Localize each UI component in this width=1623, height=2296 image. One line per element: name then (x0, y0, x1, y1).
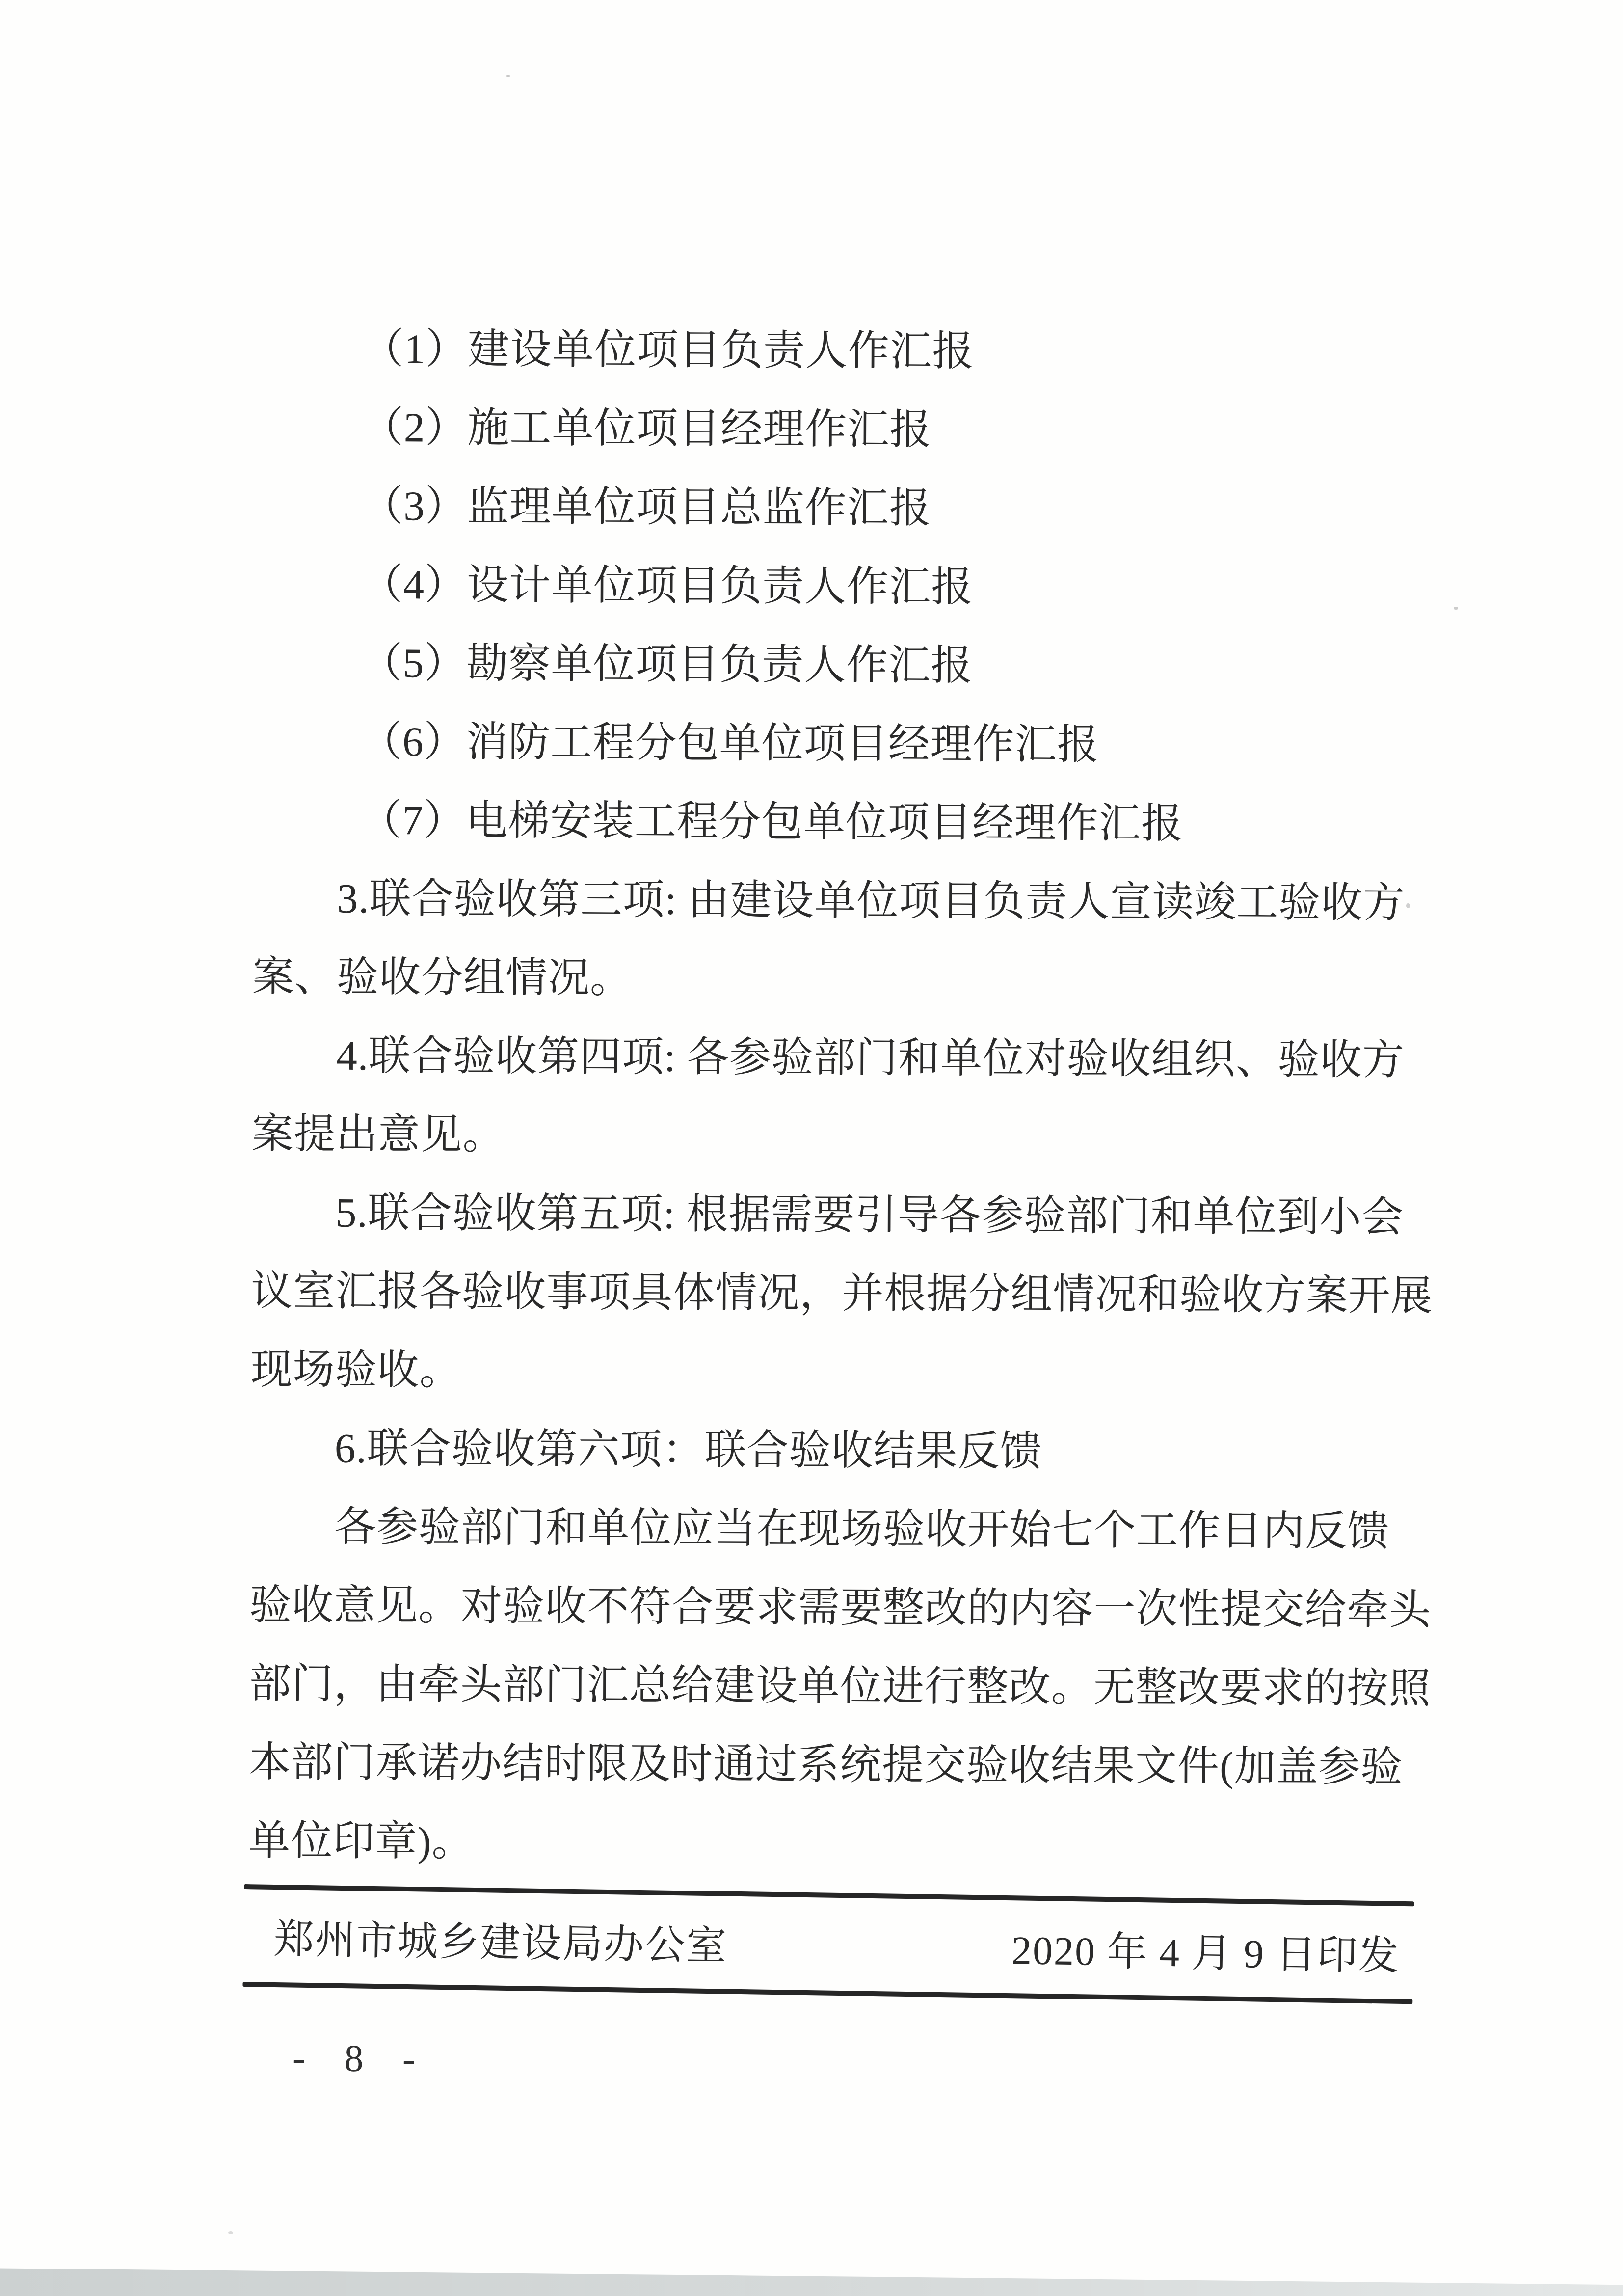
paragraph-7-line-1: 各参验部门和单位应当在现场验收开始七个工作日内反馈 (250, 1487, 1426, 1571)
paragraph-5-line-2: 议室汇报各验收事项具体情况，并根据分组情况和验收方案开展 (251, 1252, 1427, 1335)
paragraph-4-line-1: 4.联合验收第四项: 各参验部门和单位对验收组织、验收方 (252, 1016, 1428, 1100)
scan-speck (1406, 903, 1410, 908)
scan-speck (228, 2231, 233, 2234)
paragraph-5-line-1: 5.联合验收第五项: 根据需要引导各参验部门和单位到小会 (251, 1173, 1427, 1257)
paragraph-3-line-1: 3.联合验收第三项: 由建设单位项目负责人宣读竣工验收方 (252, 859, 1428, 943)
document-page: （1）建设单位项目负责人作汇报 （2）施工单位项目经理作汇报 （3）监理单位项目… (0, 0, 1623, 2296)
list-item-5: （5）勘察单位项目负责人作汇报 (254, 623, 1430, 707)
list-item-2: （2）施工单位项目经理作汇报 (255, 388, 1431, 471)
document-body: （1）建设单位项目负责人作汇报 （2）施工单位项目经理作汇报 （3）监理单位项目… (248, 309, 1431, 1885)
paragraph-7-line-4: 本部门承诺办结时限及时通过系统提交验收结果文件(加盖参验 (249, 1723, 1425, 1807)
paragraph-7-line-2: 验收意见。对验收不符合要求需要整改的内容一次性提交给牵头 (249, 1566, 1425, 1649)
paragraph-6-heading: 6.联合验收第六项：联合验收结果反馈 (250, 1409, 1426, 1492)
paragraph-5-line-3: 现场验收。 (250, 1330, 1426, 1414)
paragraph-7-line-5: 单位印章)。 (248, 1802, 1424, 1885)
scan-edge-shadow (0, 2267, 1623, 2296)
issuing-office: 郑州市城乡建设局办公室 (273, 1907, 728, 1972)
list-item-3: （3）监理单位项目总监作汇报 (254, 466, 1430, 550)
list-item-7: （7）电梯安装工程分包单位项目经理作汇报 (253, 781, 1429, 864)
print-date: 2020 年 4 月 9 日印发 (1011, 1918, 1400, 1981)
page-number: - 8 - (293, 2036, 426, 2081)
paragraph-7-line-3: 部门，由牵头部门汇总给建设单位进行整改。无整改要求的按照 (249, 1645, 1425, 1728)
scan-speck (1454, 607, 1458, 610)
scan-speck (506, 75, 510, 77)
list-item-1: （1）建设单位项目负责人作汇报 (255, 309, 1431, 393)
document-footer: 郑州市城乡建设局办公室 2020 年 4 月 9 日印发 (242, 1884, 1414, 2004)
list-item-6: （6）消防工程分包单位项目经理作汇报 (253, 702, 1429, 785)
list-item-4: （4）设计单位项目负责人作汇报 (254, 545, 1430, 628)
footer-row: 郑州市城乡建设局办公室 2020 年 4 月 9 日印发 (243, 1889, 1414, 1999)
paragraph-4-line-2: 案提出意见。 (251, 1095, 1427, 1178)
paragraph-3-line-2: 案、验收分组情况。 (252, 938, 1428, 1021)
